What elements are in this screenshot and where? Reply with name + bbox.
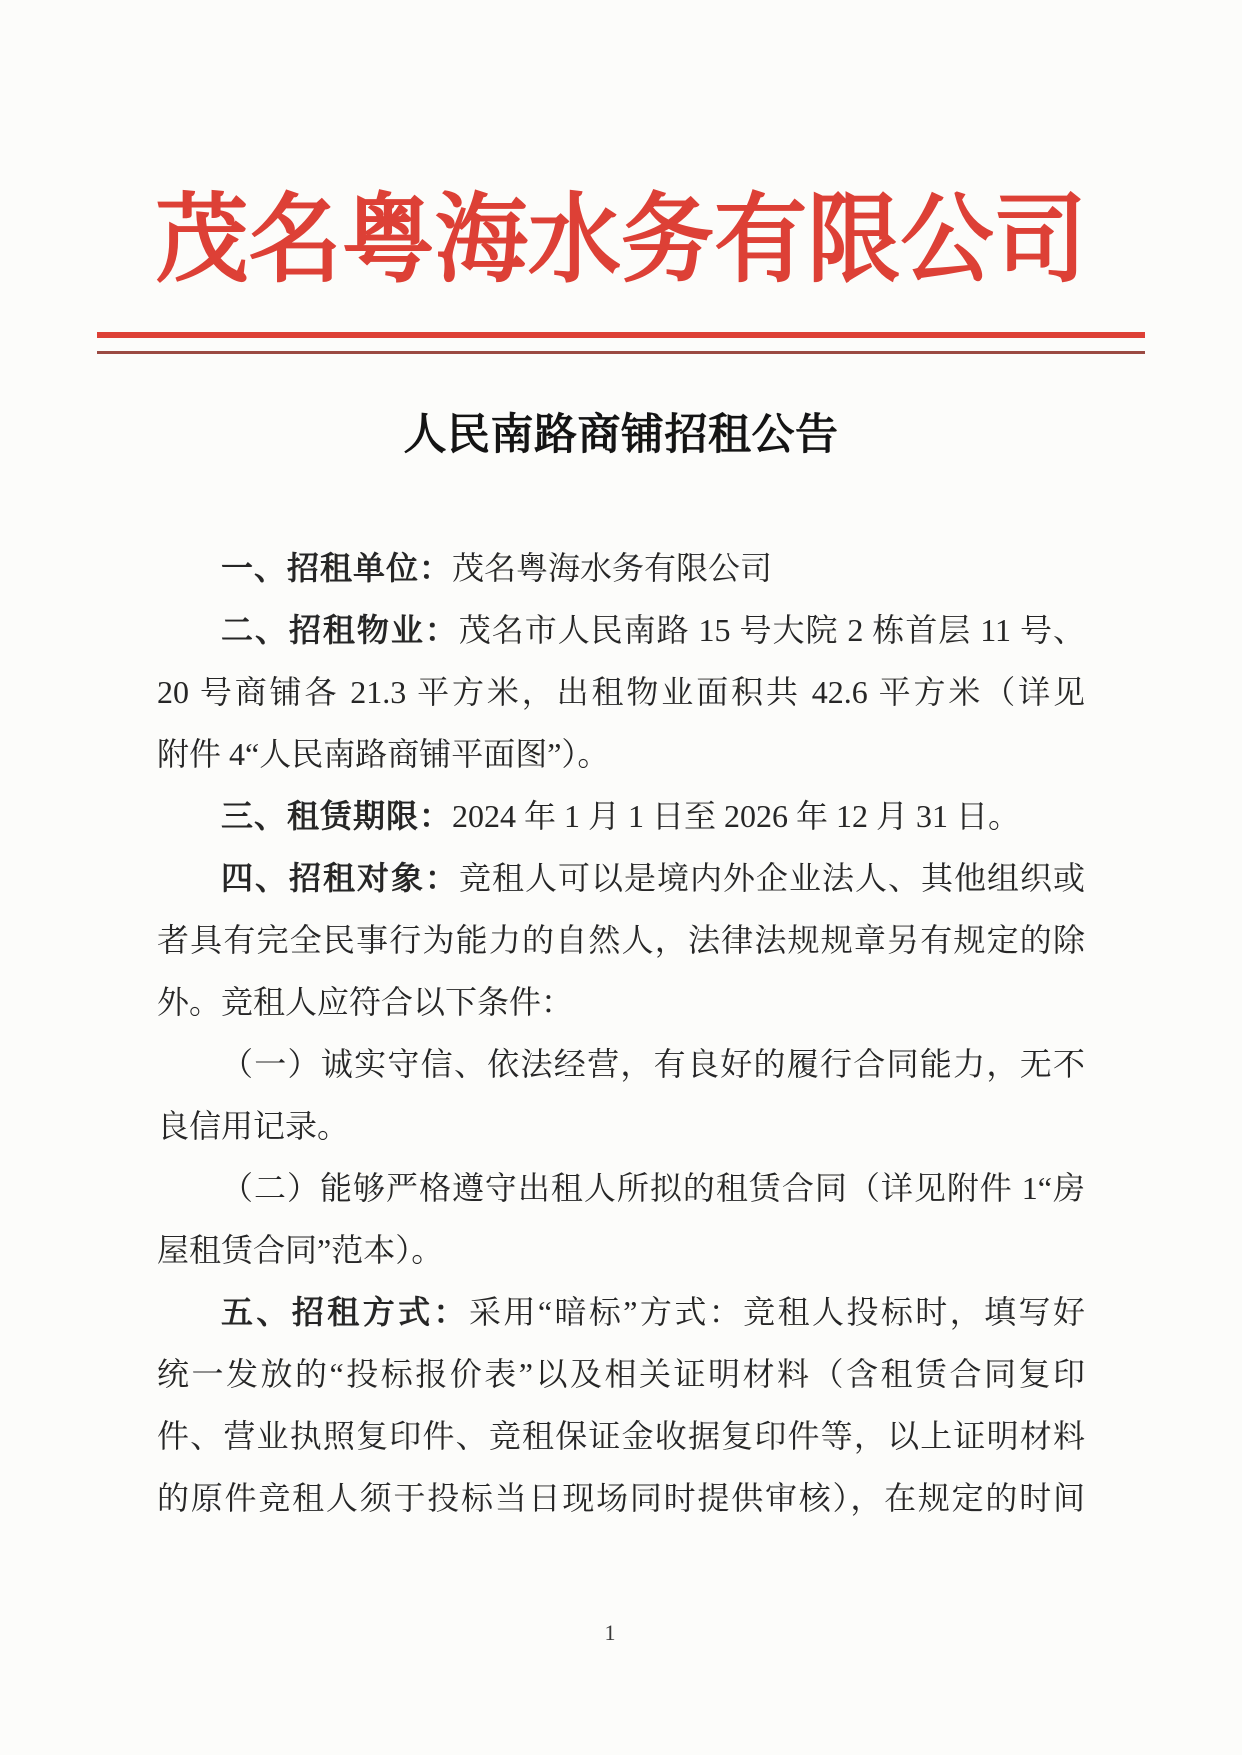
text-line: 五、招租方式：采用“暗标”方式：竞租人投标时，填写好: [157, 1281, 1085, 1343]
paragraph-label: 二、招租物业：: [221, 612, 459, 648]
paragraph-rental-targets: 四、招租对象：竞租人可以是境内外企业法人、其他组织或 者具有完全民事行为能力的自…: [157, 847, 1085, 1033]
paragraph-condition-2: （二）能够严格遵守出租人所拟的租赁合同（详见附件 1“房 屋租赁合同”范本）。: [157, 1157, 1085, 1281]
page-footer: 1: [0, 1620, 1220, 1646]
text-line: 二、招租物业：茂名市人民南路 15 号大院 2 栋首层 11 号、: [157, 599, 1085, 661]
text-line: 者具有完全民事行为能力的自然人，法律法规规章另有规定的除: [157, 909, 1085, 971]
paragraph-rental-property: 二、招租物业：茂名市人民南路 15 号大院 2 栋首层 11 号、 20 号商铺…: [157, 599, 1085, 785]
paragraph-text: 竞租人可以是境内外企业法人、其他组织或: [459, 860, 1085, 896]
paragraph-label: 五、招租方式：: [221, 1294, 469, 1330]
document-title: 人民南路商铺招租公告: [0, 410, 1242, 462]
document-body: 一、招租单位：茂名粤海水务有限公司 二、招租物业：茂名市人民南路 15 号大院 …: [157, 537, 1085, 1529]
text-line: 四、招租对象：竞租人可以是境内外企业法人、其他组织或: [157, 847, 1085, 909]
letterhead-rule-thin: [97, 351, 1145, 354]
paragraph-text: 茂名市人民南路 15 号大院 2 栋首层 11 号、: [459, 612, 1085, 648]
text-line: 一、招租单位：茂名粤海水务有限公司: [157, 537, 1085, 599]
paragraph-text: 2024 年 1 月 1 日至 2026 年 12 月 31 日。: [452, 798, 1020, 834]
text-line: 外。竞租人应符合以下条件：: [157, 971, 1085, 1033]
paragraph-rental-method: 五、招租方式：采用“暗标”方式：竞租人投标时，填写好 统一发放的“投标报价表”以…: [157, 1281, 1085, 1529]
letterhead-company-name: 茂名粤海水务有限公司: [25, 0, 1217, 292]
text-line: （一）诚实守信、依法经营，有良好的履行合同能力，无不: [157, 1033, 1085, 1095]
paragraph-label: 四、招租对象：: [221, 860, 459, 896]
paragraph-rental-unit: 一、招租单位：茂名粤海水务有限公司: [157, 537, 1085, 599]
paragraph-text: 采用“暗标”方式：竞租人投标时，填写好: [469, 1294, 1085, 1330]
text-line: 附件 4“人民南路商铺平面图”）。: [157, 723, 1085, 785]
text-line: 统一发放的“投标报价表”以及相关证明材料（含租赁合同复印: [157, 1343, 1085, 1405]
letterhead-rule-thick: [97, 332, 1145, 338]
paragraph-label: 一、招租单位：: [221, 550, 452, 586]
text-line: 20 号商铺各 21.3 平方米，出租物业面积共 42.6 平方米（详见: [157, 661, 1085, 723]
text-line: 的原件竞租人须于投标当日现场同时提供审核），在规定的时间: [157, 1467, 1085, 1529]
page-number: 1: [605, 1620, 616, 1645]
document-page: 茂名粤海水务有限公司 人民南路商铺招租公告 一、招租单位：茂名粤海水务有限公司 …: [0, 0, 1242, 1755]
paragraph-text: 茂名粤海水务有限公司: [452, 550, 772, 586]
paragraph-lease-term: 三、租赁期限：2024 年 1 月 1 日至 2026 年 12 月 31 日。: [157, 785, 1085, 847]
text-line: 良信用记录。: [157, 1095, 1085, 1157]
paragraph-condition-1: （一）诚实守信、依法经营，有良好的履行合同能力，无不 良信用记录。: [157, 1033, 1085, 1157]
text-line: （二）能够严格遵守出租人所拟的租赁合同（详见附件 1“房: [157, 1157, 1085, 1219]
text-line: 三、租赁期限：2024 年 1 月 1 日至 2026 年 12 月 31 日。: [157, 785, 1085, 847]
paragraph-label: 三、租赁期限：: [221, 798, 452, 834]
text-line: 件、营业执照复印件、竞租保证金收据复印件等，以上证明材料: [157, 1405, 1085, 1467]
text-line: 屋租赁合同”范本）。: [157, 1219, 1085, 1281]
